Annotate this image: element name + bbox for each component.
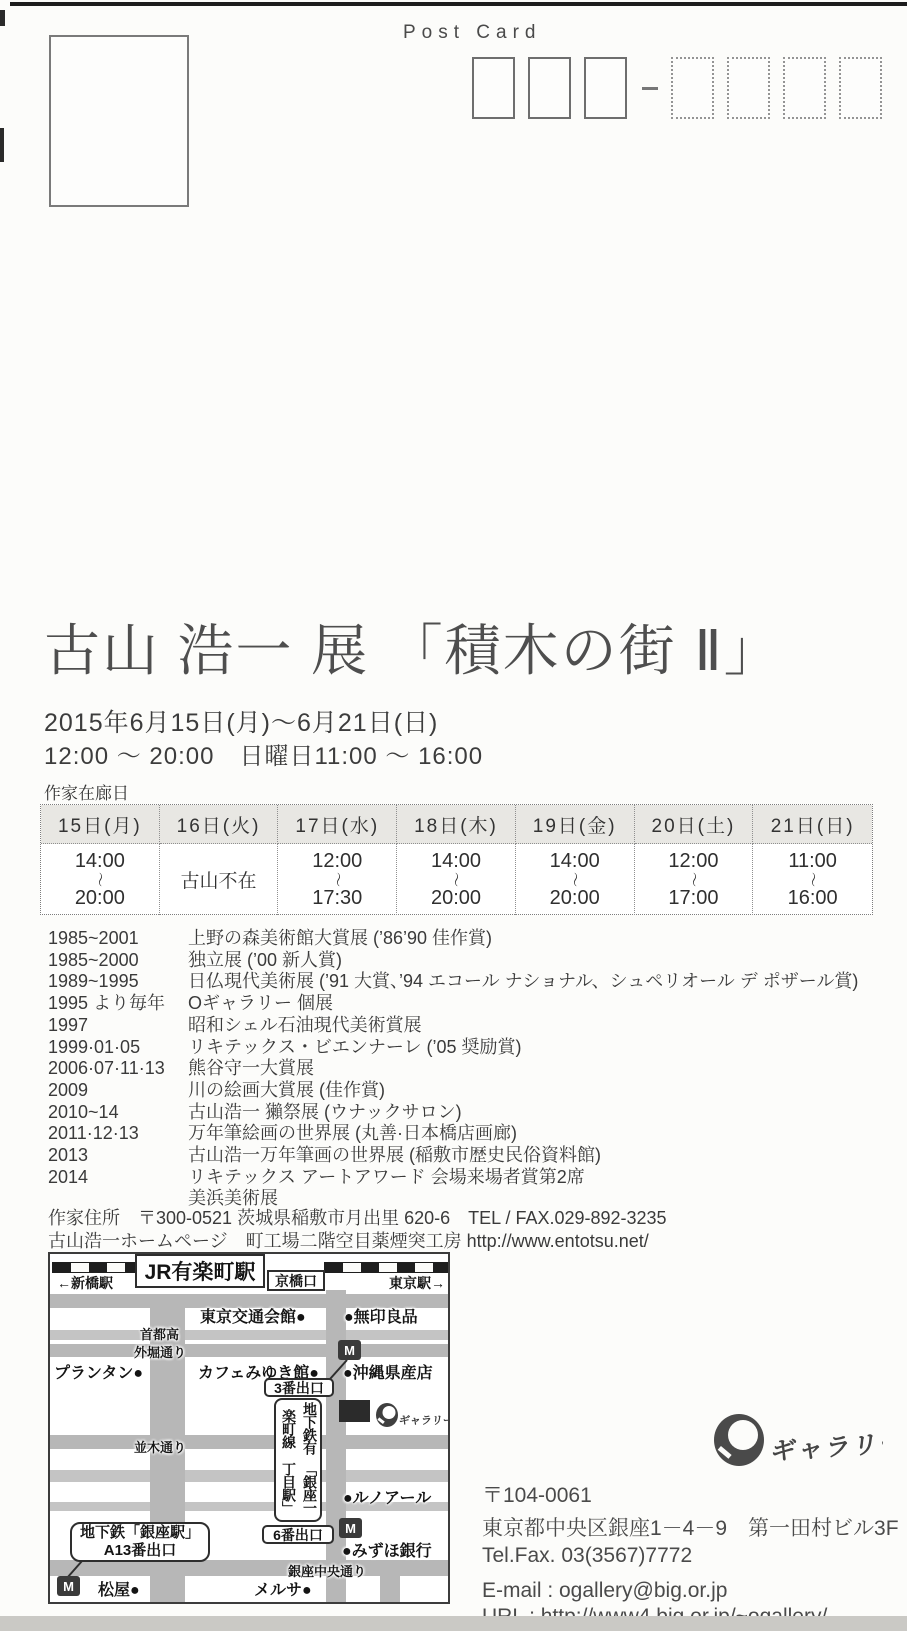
attendance-cell: 古山不在 [160,844,279,915]
history-row: 2011·12·13万年筆絵画の世界展 (丸善·日本橋店画廊) [48,1123,848,1145]
metro-icon: M [339,1518,362,1538]
gallery-logo-text-small: ギャラリー [398,1414,449,1427]
postal-code-boxes [472,57,882,119]
jr-yurakucho-station-box: JR有楽町駅 [135,1254,265,1288]
history-years: 1985~2000 [48,950,188,972]
scan-edge-line [10,2,907,6]
stamp-box [49,35,189,207]
tilde: 〜 [687,872,700,887]
access-map: JR有楽町駅 京橋口 ←新橋駅 東京駅→ 東京交通会館● ●無印良品 首都高 外… [48,1252,450,1604]
map-label-matsuya: 松屋● [98,1577,140,1600]
attendance-cell: 14:00 〜 20:00 [41,844,160,915]
history-event: 独立展 (’00 新人賞) [188,950,848,972]
open-time: 12:00 [312,849,362,873]
day-header: 18日(木) [397,805,516,844]
open-time: 14:00 [550,849,600,873]
absent-note: 古山不在 [181,866,257,893]
history-years: 2011·12·13 [48,1123,188,1145]
attendance-cell: 12:00 〜 17:30 [278,844,397,915]
subway-line-box: 地下鉄有楽町線 「銀座一丁目駅」 [274,1398,322,1522]
kyobashi-exit-box: 京橋口 [267,1270,325,1291]
postal-code-box [839,57,882,119]
attendance-table-header: 15日(月) 16日(火) 17日(水) 18日(木) 19日(金) 20日(土… [41,805,872,844]
scan-mark [0,10,5,26]
history-years: 1997 [48,1015,188,1037]
open-time: 14:00 [75,849,125,873]
gallery-logo-text: ギャラリー [769,1429,883,1466]
gallery-address: 東京都中央区銀座1－4－9 第一田村ビル3F [482,1512,899,1542]
history-years: 2014 [48,1167,188,1189]
map-label-tokyo-station: 東京駅→ [389,1273,445,1293]
history-event: 日仏現代美術展 (’91 大賞、’94 エコール ナショナル、シュペリオール デ… [188,971,858,993]
history-row: 2014リキテックス アートアワード 会場来場者賞第2席 [48,1167,848,1189]
day-header: 20日(土) [635,805,754,844]
ginza-station-box: 地下鉄「銀座駅」 A13番出口 [70,1522,210,1562]
post-card-label: Post Card [403,22,541,44]
subway-station-label: 「銀座一丁目駅」 [276,1456,320,1520]
history-row: 2010~14古山浩一 獺祭展 (ウナックサロン) [48,1102,848,1124]
history-years: 1985~2001 [48,928,188,950]
exit3-box: 3番出口 [264,1378,334,1397]
history-years: 1999·01·05 [48,1037,188,1059]
ginza-station-line1: 地下鉄「銀座駅」 [80,1524,200,1542]
scan-mark [0,128,4,162]
tilde: 〜 [331,872,344,887]
history-years: 1995 より毎年 [48,993,188,1015]
close-time: 17:30 [312,886,362,910]
attendance-table-body: 14:00 〜 20:00 古山不在 12:00 〜 17:30 14:00 〜… [41,844,872,915]
exhibition-dates: 2015年6月15日(月)～6月21日(日) [44,703,438,739]
tilde: 〜 [93,872,106,887]
history-years: 2013 [48,1145,188,1167]
map-label-muji: ●無印良品 [344,1304,418,1327]
postal-code-box [727,57,770,119]
day-header: 21日(日) [753,805,872,844]
history-event: 上野の森美術館大賞展 (’86’90 佳作賞) [188,928,848,950]
close-time: 20:00 [75,886,125,910]
day-header: 19日(金) [516,805,635,844]
subway-line-label: 地下鉄有楽町線 [276,1400,320,1456]
postal-code-box [584,57,627,119]
history-row: 2013古山浩一万年筆画の世界展 (稲敷市歴史民俗資料館) [48,1145,848,1167]
history-event: 万年筆絵画の世界展 (丸善·日本橋店画廊) [188,1123,848,1145]
map-label-kotsu-kaikan: 東京交通会館● [200,1304,306,1327]
map-label-renoir: ●ルノアール [343,1485,431,1508]
history-years: 2009 [48,1080,188,1102]
day-header: 15日(月) [41,805,160,844]
attendance-cell: 14:00 〜 20:00 [516,844,635,915]
day-header: 17日(水) [278,805,397,844]
attendance-cell: 11:00 〜 16:00 [753,844,872,915]
map-label-shimbashi: ←新橋駅 [57,1273,113,1293]
day-header: 16日(火) [160,805,279,844]
postal-code-box [472,57,515,119]
metro-icon: M [57,1576,80,1596]
scan-bottom-strip [0,1616,907,1631]
map-label-sotobori: 外堀通り [134,1342,186,1361]
gallery-email: E-mail : ogallery@big.or.jp [482,1579,899,1603]
history-row: 1995 より毎年Oギャラリー 個展 [48,993,848,1015]
tilde: 〜 [449,872,462,887]
close-time: 16:00 [788,886,838,910]
history-row: 1999·01·05リキテックス・ビエンナーレ (’05 奨励賞) [48,1037,848,1059]
history-event: 古山浩一 獺祭展 (ウナックサロン) [188,1102,848,1124]
close-time: 20:00 [550,886,600,910]
history-event: リキテックス・ビエンナーレ (’05 奨励賞) [188,1037,848,1059]
close-time: 17:00 [668,886,718,910]
history-event: 熊谷守一大賞展 [188,1058,848,1080]
postal-code-box [783,57,826,119]
history-row: 1985~2000独立展 (’00 新人賞) [48,950,848,972]
postcard-back: Post Card 古山 浩一 展 「積木の街 Ⅱ」 2015年6月15日(月)… [0,0,907,1631]
postal-code-box [671,57,714,119]
exhibition-title: 古山 浩一 展 「積木の街 Ⅱ」 [44,607,782,687]
history-event: 川の絵画大賞展 (佳作賞) [188,1080,848,1102]
map-label-melsa: メルサ● [254,1577,312,1600]
history-row: 1997昭和シェル石油現代美術賞展 [48,1015,848,1037]
map-label-mizuho: ●みずほ銀行 [342,1538,432,1561]
attendance-table: 15日(月) 16日(火) 17日(水) 18日(木) 19日(金) 20日(土… [40,804,873,915]
history-event: 古山浩一万年筆画の世界展 (稲敷市歴史民俗資料館) [188,1145,848,1167]
history-row: 2009川の絵画大賞展 (佳作賞) [48,1080,848,1102]
artist-homepage: 古山浩一ホームページ 町工場二階空目薬煙突工房 http://www.entot… [48,1227,649,1253]
map-label-okinawa: ●沖縄県産店 [343,1360,433,1383]
history-years: 1989~1995 [48,971,188,993]
open-time: 11:00 [788,849,837,873]
close-time: 20:00 [431,886,481,910]
postal-code-dash [642,87,658,90]
o-gallery-logo: ギャラリー [708,1408,883,1474]
attendance-label: 作家在廊日 [44,779,129,804]
history-years: 2010~14 [48,1102,188,1124]
history-years: 2006·07·11·13 [48,1058,188,1080]
history-event: 昭和シェル石油現代美術賞展 [188,1015,848,1037]
exit6-box: 6番出口 [262,1525,334,1544]
gallery-postal-code: 〒104-0061 [482,1479,899,1509]
open-time: 14:00 [431,849,481,873]
metro-icon: M [338,1340,361,1360]
history-event: Oギャラリー 個展 [188,993,848,1015]
open-time: 12:00 [668,849,718,873]
attendance-cell: 14:00 〜 20:00 [397,844,516,915]
o-gallery-map-logo: ギャラリー [375,1400,449,1430]
history-row: 1985~2001上野の森美術館大賞展 (’86’90 佳作賞) [48,928,848,950]
gallery-info: 〒104-0061 東京都中央区銀座1－4－9 第一田村ビル3F Tel.Fax… [482,1479,899,1629]
gallery-building-block [339,1400,370,1422]
tilde: 〜 [568,872,581,887]
history-row: 1989~1995日仏現代美術展 (’91 大賞、’94 エコール ナショナル、… [48,971,848,993]
exhibition-history: 1985~2001上野の森美術館大賞展 (’86’90 佳作賞) 1985~20… [48,928,848,1210]
map-label-namiki: 並木通り [134,1437,186,1456]
map-label-printemps: プランタン● [54,1360,143,1383]
history-row: 2006·07·11·13熊谷守一大賞展 [48,1058,848,1080]
tilde: 〜 [806,872,819,887]
history-event: リキテックス アートアワード 会場来場者賞第2席 [188,1167,848,1189]
attendance-cell: 12:00 〜 17:00 [635,844,754,915]
gallery-tel: Tel.Fax. 03(3567)7772 [482,1544,899,1568]
exhibition-hours: 12:00 ～ 20:00 日曜日11:00 ～ 16:00 [44,736,483,771]
ginza-station-line2: A13番出口 [104,1542,177,1560]
map-label-shutoko: 首都高 [140,1324,179,1343]
postal-code-box [528,57,571,119]
